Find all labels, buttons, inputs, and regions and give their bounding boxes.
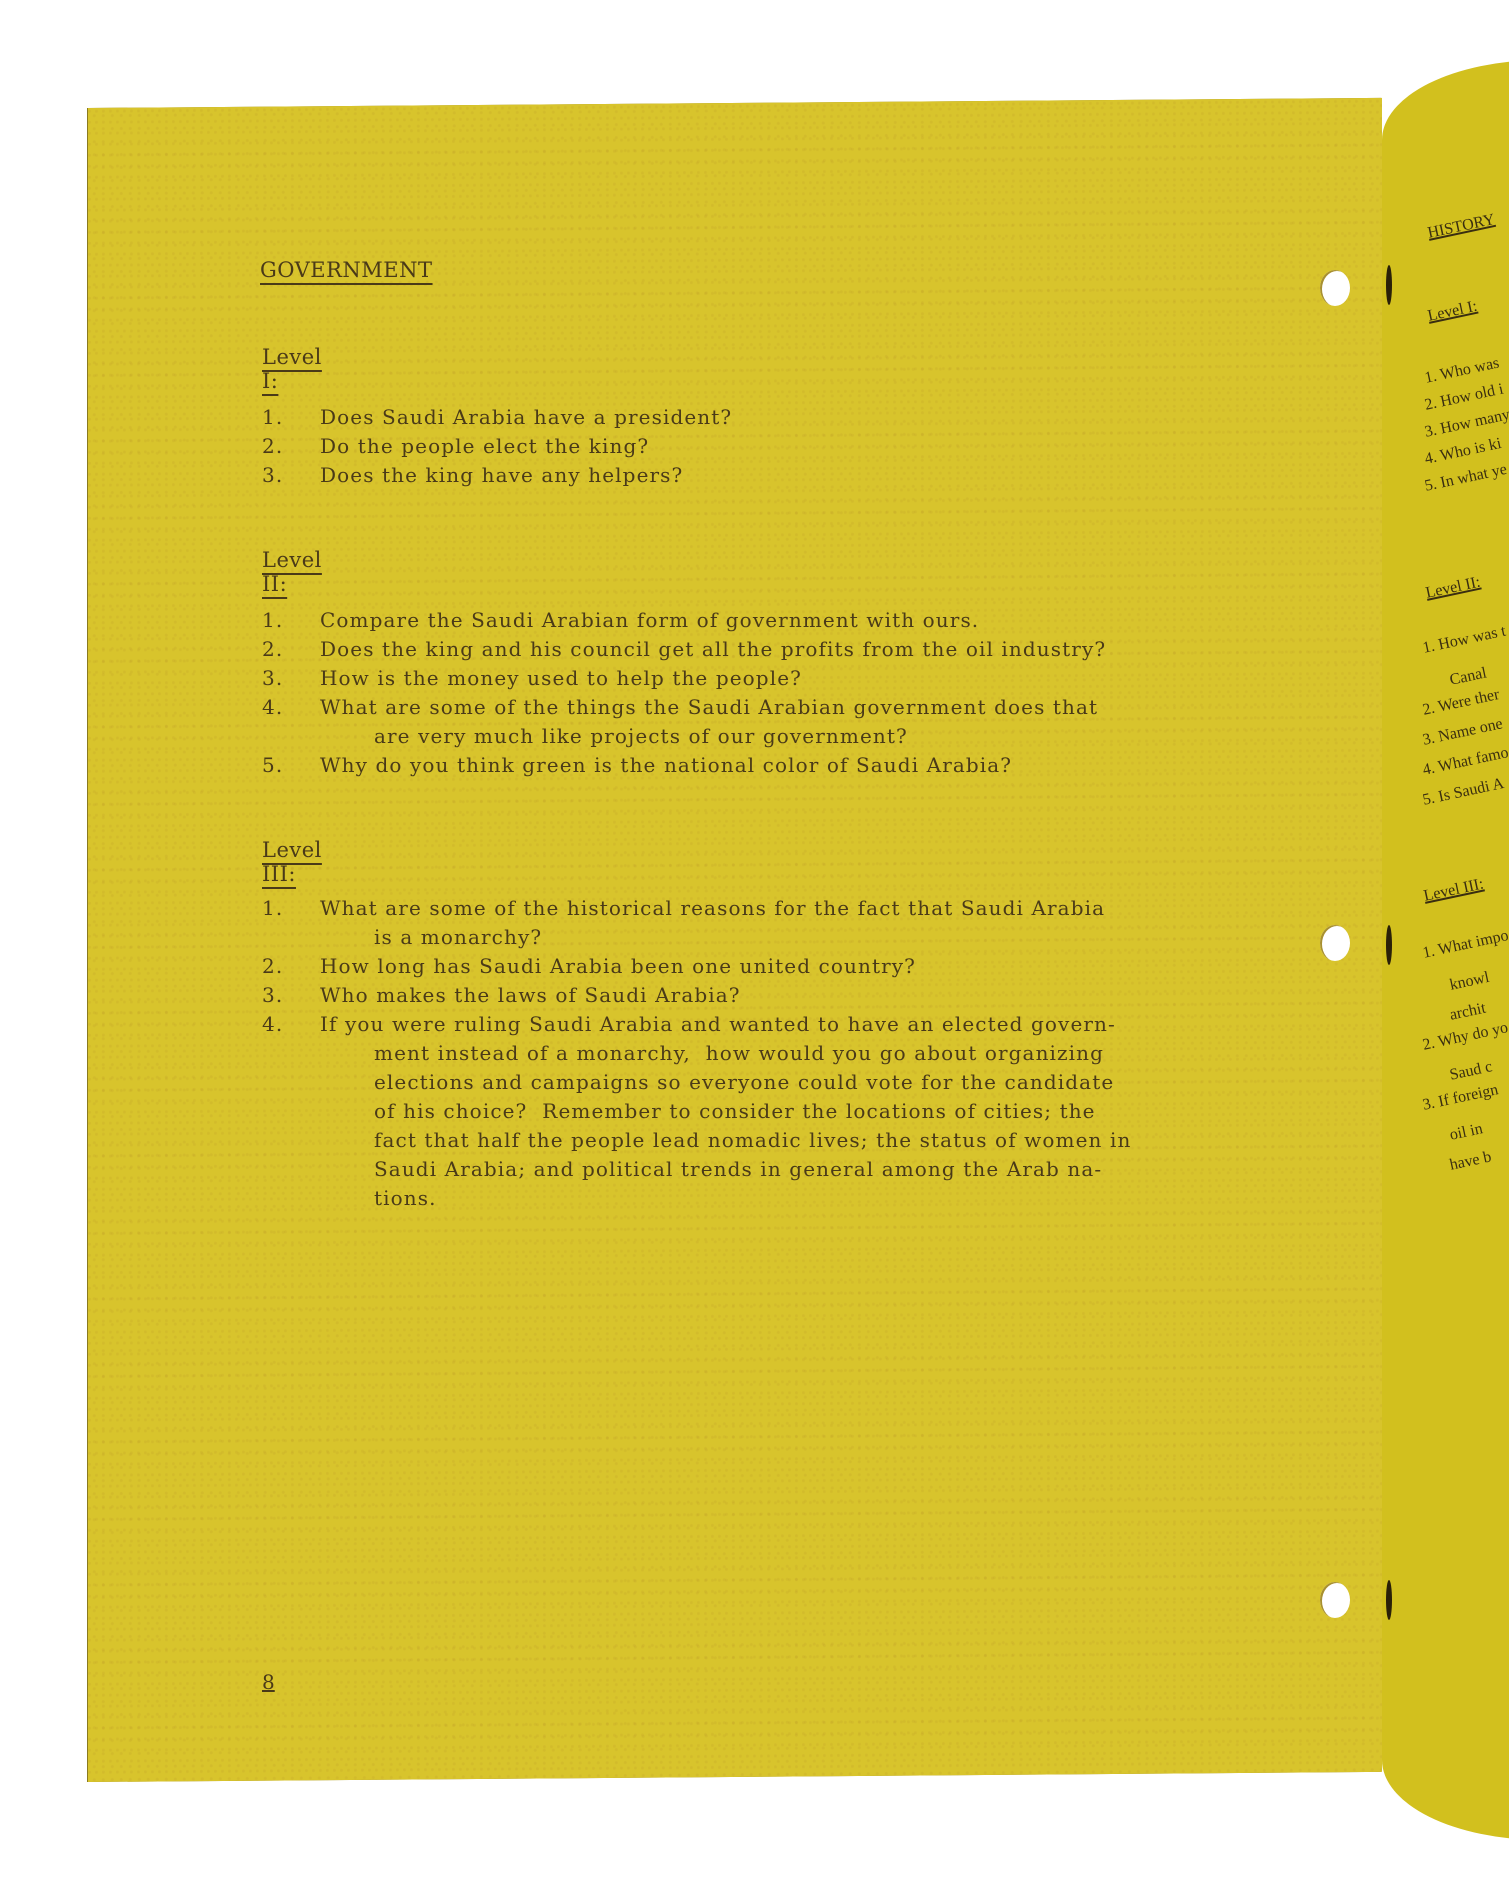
- question-item: 1.Compare the Saudi Arabian form of gove…: [262, 606, 1262, 635]
- question-text: What are some of the historical reasons …: [320, 894, 1105, 923]
- question-text: Does the king and his council get all th…: [320, 635, 1106, 664]
- question-number: 2.: [262, 635, 283, 664]
- question-text: If you were ruling Saudi Arabia and want…: [320, 1010, 1116, 1039]
- question-item: 2.How long has Saudi Arabia been one uni…: [262, 952, 1262, 981]
- question-number: 1.: [262, 894, 283, 923]
- question-text: ment instead of a monarchy, how would yo…: [374, 1039, 1104, 1068]
- level-heading: Level II:: [262, 548, 322, 596]
- question-text: are very much like projects of our gover…: [374, 722, 908, 751]
- question-item: 3.Does the king have any helpers?: [262, 461, 1262, 490]
- punch-hole: [1320, 270, 1350, 306]
- question-number: 1.: [262, 606, 283, 635]
- question-text: Does Saudi Arabia have a president?: [320, 403, 732, 432]
- punch-hole: [1320, 925, 1350, 961]
- question-number: 4.: [262, 693, 283, 722]
- question-item: 2.Do the people elect the king?: [262, 432, 1262, 461]
- question-text: Do the people elect the king?: [320, 432, 649, 461]
- question-text: is a monarchy?: [374, 923, 542, 952]
- question-item: 5.Why do you think green is the national…: [262, 751, 1262, 780]
- question-item: 4.If you were ruling Saudi Arabia and wa…: [262, 1010, 1262, 1213]
- question-text: How is the money used to help the people…: [320, 664, 802, 693]
- question-text: Compare the Saudi Arabian form of govern…: [320, 606, 979, 635]
- question-number: 3.: [262, 981, 283, 1010]
- page-title: GOVERNMENT: [260, 258, 433, 282]
- question-number: 2.: [262, 432, 283, 461]
- binder-slot: [1386, 925, 1392, 965]
- question-item: 3.How is the money used to help the peop…: [262, 664, 1262, 693]
- question-text: Who makes the laws of Saudi Arabia?: [320, 981, 741, 1010]
- question-number: 1.: [262, 403, 283, 432]
- question-text: Why do you think green is the national c…: [320, 751, 1012, 780]
- question-item: 1.Does Saudi Arabia have a president?: [262, 403, 1262, 432]
- question-text: tions.: [374, 1184, 437, 1213]
- level-heading: Level I:: [262, 345, 322, 393]
- level-heading: Level III:: [262, 838, 322, 886]
- question-item: 4.What are some of the things the Saudi …: [262, 693, 1262, 751]
- page-number: 8: [262, 1670, 275, 1694]
- question-text: Saudi Arabia; and political trends in ge…: [374, 1155, 1102, 1184]
- binder-slot: [1386, 265, 1392, 305]
- question-number: 2.: [262, 952, 283, 981]
- question-number: 4.: [262, 1010, 283, 1039]
- question-item: 1.What are some of the historical reason…: [262, 894, 1262, 952]
- question-text: of his choice? Remember to consider the …: [374, 1097, 1096, 1126]
- punch-hole: [1320, 1582, 1350, 1618]
- question-item: 2.Does the king and his council get all …: [262, 635, 1262, 664]
- question-item: 3.Who makes the laws of Saudi Arabia?: [262, 981, 1262, 1010]
- question-text: How long has Saudi Arabia been one unite…: [320, 952, 916, 981]
- question-number: 3.: [262, 461, 283, 490]
- question-text: elections and campaigns so everyone coul…: [374, 1068, 1114, 1097]
- question-text: fact that half the people lead nomadic l…: [374, 1126, 1131, 1155]
- question-text: What are some of the things the Saudi Ar…: [320, 693, 1098, 722]
- question-number: 5.: [262, 751, 283, 780]
- binder-slot: [1386, 1580, 1392, 1620]
- question-text: Does the king have any helpers?: [320, 461, 683, 490]
- question-number: 3.: [262, 664, 283, 693]
